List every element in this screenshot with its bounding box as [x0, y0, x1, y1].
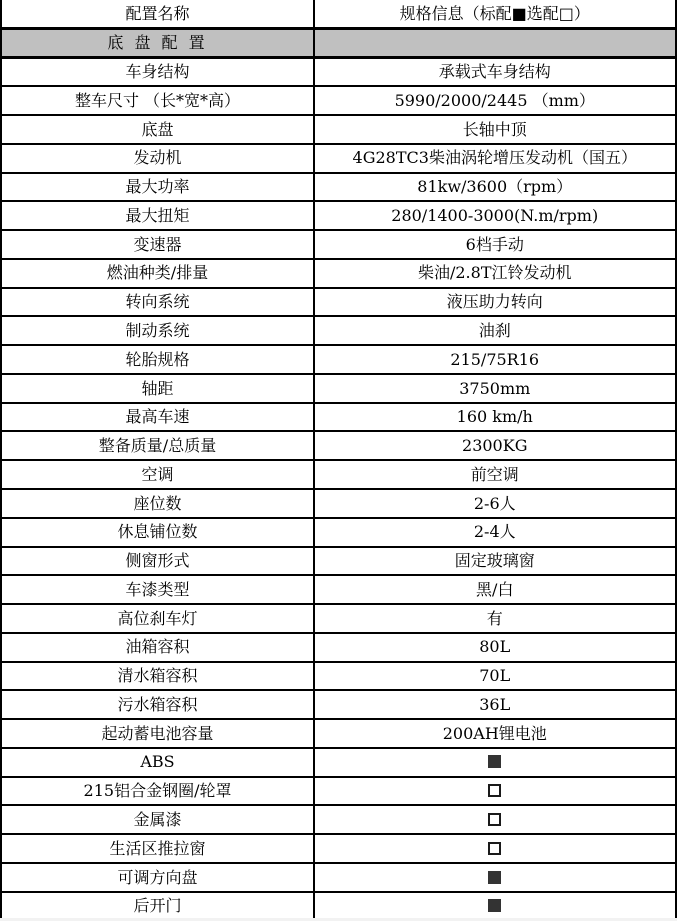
- spec-value-cell: 3750mm: [314, 374, 676, 403]
- spec-name-cell: 整备质量/总质量: [1, 431, 314, 460]
- table-row: ABS: [1, 748, 676, 777]
- spec-name-cell: 清水箱容积: [1, 662, 314, 691]
- spec-value-cell: [314, 863, 676, 892]
- spec-value-cell: [314, 29, 676, 58]
- table-row: 整备质量/总质量 2300KG: [1, 431, 676, 460]
- spec-sheet: 配置名称 规格信息（标配■选配□） 底 盘 配 置 车身结构 承载式车身结构 整…: [0, 0, 677, 921]
- spec-name-cell: 制动系统: [1, 316, 314, 345]
- spec-name-cell: 发动机: [1, 144, 314, 173]
- header-spec-info: 规格信息（标配■选配□）: [314, 0, 676, 29]
- table-row: 最高车速 160 km/h: [1, 403, 676, 432]
- spec-name-cell: 后开门: [1, 892, 314, 921]
- optional-empty-checkbox: [488, 813, 501, 826]
- spec-value-cell: 黑/白: [314, 575, 676, 604]
- spec-value-cell: 2-4人: [314, 518, 676, 547]
- spec-name-cell: 最高车速: [1, 403, 314, 432]
- table-row: 发动机 4G28TC3柴油涡轮增压发动机（国五）: [1, 144, 676, 173]
- spec-value-cell: 2300KG: [314, 431, 676, 460]
- spec-name-cell: 金属漆: [1, 805, 314, 834]
- table-row: 休息铺位数 2-4人: [1, 518, 676, 547]
- spec-value-cell: 2-6人: [314, 489, 676, 518]
- spec-value-cell: 有: [314, 604, 676, 633]
- spec-value-cell: 液压助力转向: [314, 288, 676, 317]
- spec-value-cell: [314, 834, 676, 863]
- spec-name-cell: 最大功率: [1, 173, 314, 202]
- spec-value-cell: 81kw/3600（rpm）: [314, 173, 676, 202]
- section-header-row: 底 盘 配 置: [1, 29, 676, 58]
- spec-value-cell: 6档手动: [314, 230, 676, 259]
- table-row: 变速器 6档手动: [1, 230, 676, 259]
- spec-name-cell: 轮胎规格: [1, 345, 314, 374]
- spec-name-cell: 休息铺位数: [1, 518, 314, 547]
- spec-table: 配置名称 规格信息（标配■选配□） 底 盘 配 置 车身结构 承载式车身结构 整…: [0, 0, 677, 921]
- spec-value-cell: 200AH锂电池: [314, 719, 676, 748]
- spec-name-cell: 侧窗形式: [1, 547, 314, 576]
- spec-value-cell: 前空调: [314, 460, 676, 489]
- table-row: 215铝合金钢圈/轮罩: [1, 777, 676, 806]
- spec-name-cell: 215铝合金钢圈/轮罩: [1, 777, 314, 806]
- spec-name-cell: 空调: [1, 460, 314, 489]
- table-row: 整车尺寸 （长*宽*高） 5990/2000/2445 （mm）: [1, 86, 676, 115]
- spec-name-cell: 高位刹车灯: [1, 604, 314, 633]
- spec-value-cell: 215/75R16: [314, 345, 676, 374]
- standard-filled-checkbox: [488, 871, 501, 884]
- table-row: 最大功率 81kw/3600（rpm）: [1, 173, 676, 202]
- header-config-name: 配置名称: [1, 0, 314, 29]
- spec-value-cell: 柴油/2.8T江铃发动机: [314, 259, 676, 288]
- spec-name-cell: 生活区推拉窗: [1, 834, 314, 863]
- spec-name-cell: 轴距: [1, 374, 314, 403]
- spec-value-cell: 160 km/h: [314, 403, 676, 432]
- table-row: 后开门: [1, 892, 676, 921]
- spec-name-cell: 可调方向盘: [1, 863, 314, 892]
- standard-filled-checkbox: [488, 899, 501, 912]
- table-row: 清水箱容积 70L: [1, 662, 676, 691]
- spec-name-cell: 底盘: [1, 115, 314, 144]
- table-row: 制动系统 油刹: [1, 316, 676, 345]
- standard-filled-checkbox: [488, 755, 501, 768]
- table-row: 油箱容积 80L: [1, 633, 676, 662]
- table-row: 高位刹车灯 有: [1, 604, 676, 633]
- spec-value-cell: 油刹: [314, 316, 676, 345]
- table-row: 最大扭矩 280/1400-3000(N.m/rpm): [1, 201, 676, 230]
- spec-value-cell: 36L: [314, 690, 676, 719]
- spec-name-cell: 车漆类型: [1, 575, 314, 604]
- table-row: 车漆类型 黑/白: [1, 575, 676, 604]
- spec-name-cell: 油箱容积: [1, 633, 314, 662]
- spec-value-cell: 280/1400-3000(N.m/rpm): [314, 201, 676, 230]
- table-body: 底 盘 配 置 车身结构 承载式车身结构 整车尺寸 （长*宽*高） 5990/2…: [1, 29, 676, 921]
- spec-value-cell: 70L: [314, 662, 676, 691]
- table-row: 起动蓄电池容量 200AH锂电池: [1, 719, 676, 748]
- optional-empty-checkbox: [488, 842, 501, 855]
- spec-value-cell: 80L: [314, 633, 676, 662]
- spec-value-cell: 5990/2000/2445 （mm）: [314, 86, 676, 115]
- spec-value-cell: [314, 748, 676, 777]
- spec-name-cell: 燃油种类/排量: [1, 259, 314, 288]
- spec-name-cell: 最大扭矩: [1, 201, 314, 230]
- table-row: 底盘 长轴中顶: [1, 115, 676, 144]
- spec-name-cell: ABS: [1, 748, 314, 777]
- spec-name-cell: 座位数: [1, 489, 314, 518]
- spec-value-cell: [314, 892, 676, 921]
- spec-name-cell: 底 盘 配 置: [1, 29, 314, 58]
- table-row: 空调 前空调: [1, 460, 676, 489]
- spec-name-cell: 变速器: [1, 230, 314, 259]
- spec-name-cell: 转向系统: [1, 288, 314, 317]
- table-row: 可调方向盘: [1, 863, 676, 892]
- spec-value-cell: 固定玻璃窗: [314, 547, 676, 576]
- table-header-row: 配置名称 规格信息（标配■选配□）: [1, 0, 676, 29]
- table-row: 轴距 3750mm: [1, 374, 676, 403]
- table-row: 金属漆: [1, 805, 676, 834]
- table-row: 轮胎规格 215/75R16: [1, 345, 676, 374]
- table-row: 转向系统 液压助力转向: [1, 288, 676, 317]
- table-row: 污水箱容积 36L: [1, 690, 676, 719]
- table-row: 座位数 2-6人: [1, 489, 676, 518]
- table-row: 车身结构 承载式车身结构: [1, 58, 676, 87]
- spec-name-cell: 污水箱容积: [1, 690, 314, 719]
- spec-value-cell: 承载式车身结构: [314, 58, 676, 87]
- spec-value-cell: 长轴中顶: [314, 115, 676, 144]
- spec-name-cell: 整车尺寸 （长*宽*高）: [1, 86, 314, 115]
- spec-value-cell: [314, 805, 676, 834]
- optional-empty-checkbox: [488, 784, 501, 797]
- spec-value-cell: 4G28TC3柴油涡轮增压发动机（国五）: [314, 144, 676, 173]
- spec-value-cell: [314, 777, 676, 806]
- spec-name-cell: 起动蓄电池容量: [1, 719, 314, 748]
- table-row: 侧窗形式 固定玻璃窗: [1, 547, 676, 576]
- spec-name-cell: 车身结构: [1, 58, 314, 87]
- table-row: 燃油种类/排量 柴油/2.8T江铃发动机: [1, 259, 676, 288]
- table-row: 生活区推拉窗: [1, 834, 676, 863]
